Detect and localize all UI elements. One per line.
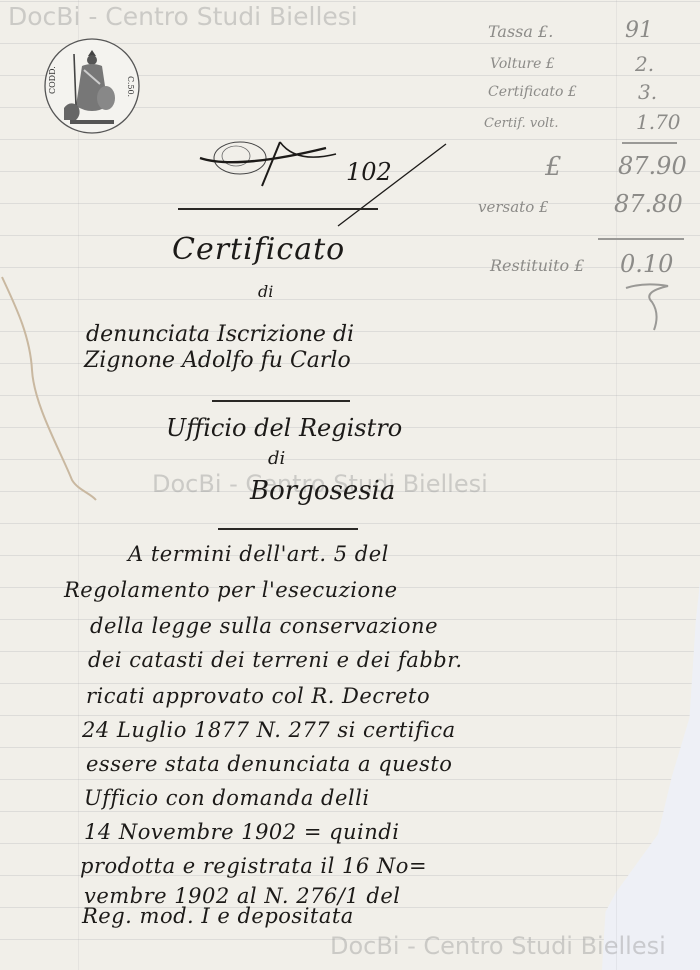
svg-text:CODD.: CODD.	[48, 66, 57, 94]
body-line: della legge sulla conservazione	[90, 614, 438, 638]
office-line-1: Ufficio del Registro	[166, 414, 402, 442]
number-flourish-icon	[196, 134, 346, 194]
subject-line-2: Zignone Adolfo fu Carlo	[84, 348, 351, 373]
body-line: 24 Luglio 1877 N. 277 si certifica	[82, 718, 456, 742]
pen-stroke-slash	[336, 142, 448, 228]
pencil-subtotal-symbol: £	[545, 152, 562, 182]
pencil-row-label: Volture £	[490, 56, 555, 72]
pencil-row-label: Certificato £	[488, 84, 577, 100]
office-rule	[218, 528, 358, 530]
pencil-paid: 87.80	[614, 190, 683, 218]
body-line: essere stata denunciata a questo	[86, 752, 452, 776]
margin-line-right	[616, 0, 617, 970]
body-line: 14 Novembre 1902 = quindi	[84, 820, 399, 844]
subject-rule	[212, 400, 350, 402]
revenue-stamp-icon: CODD. C.50.	[42, 36, 142, 136]
pencil-diff-rule	[598, 238, 684, 240]
body-line: A termini dell'art. 5 del	[128, 542, 389, 566]
pencil-row-value: 2.	[635, 52, 654, 76]
header-rule	[178, 208, 378, 210]
pencil-row-value: 91	[625, 18, 653, 43]
body-line: Ufficio con domanda delli	[84, 786, 370, 810]
body-line: prodotta e registrata il 16 No=	[80, 854, 427, 878]
pencil-row-value: 3.	[638, 80, 657, 104]
svg-text:C.50.: C.50.	[126, 76, 135, 97]
pencil-row-label: Tassa £.	[488, 22, 553, 41]
document-title: Certificato	[172, 232, 345, 267]
pencil-squiggle-mark	[624, 282, 672, 334]
body-line: Regolamento per l'esecuzione	[64, 578, 398, 602]
pencil-subtotal: 87.90	[618, 152, 687, 180]
subject-line-1: denunciata Iscrizione di	[86, 322, 354, 347]
title-connector: di	[258, 282, 273, 301]
pencil-remainder: 0.10	[620, 250, 673, 278]
pencil-sum-rule	[622, 142, 677, 144]
office-line-2: di	[268, 448, 285, 469]
watermark-top: DocBi - Centro Studi Biellesi	[8, 2, 358, 31]
watermark-bottom: DocBi - Centro Studi Biellesi	[330, 932, 666, 960]
body-line: dei catasti dei terreni e dei fabbr.	[88, 648, 463, 672]
office-line-3: Borgosesia	[250, 476, 395, 506]
loose-thread	[0, 275, 110, 505]
pencil-row-value: 1.70	[636, 110, 681, 134]
pencil-paid-label: versato £	[478, 198, 549, 216]
pencil-row-label: Certif. volt.	[484, 116, 559, 131]
body-line: Reg. mod. I e depositata	[82, 904, 354, 928]
pencil-remainder-label: Restituito £	[490, 256, 584, 275]
body-line: ricati approvato col R. Decreto	[86, 684, 430, 708]
